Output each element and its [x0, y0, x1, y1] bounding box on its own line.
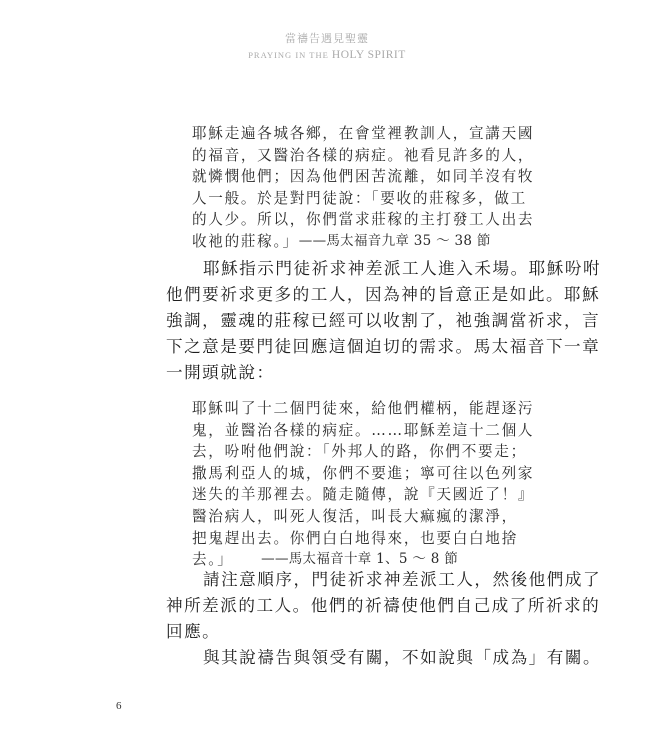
quote-line: 耶穌叫了十二個門徒來，給他們權柄，能趕逐污 — [192, 398, 458, 420]
book-title-english-large: HOLY SPIRIT — [332, 49, 406, 61]
paragraph-line: 神所差派的工人。他們的祈禱使他們自己成了所祈求的 — [166, 593, 498, 619]
paragraph-line: 回應。 — [166, 619, 498, 645]
quote-line: 醫治病人，叫死人復活，叫長大痲瘋的潔淨， — [192, 506, 458, 528]
book-title-chinese: 當禱告遇見聖靈 — [4, 32, 650, 46]
book-title-english-small: PRAYING IN THE — [248, 50, 329, 60]
quote-line: 人一般。於是對門徒說：「要收的莊稼多，做工 — [192, 188, 458, 210]
quote-last-line: 收祂的莊稼。」 ——馬太福音九章 35 ～ 38 節 — [192, 231, 458, 253]
quote-line: 就憐憫他們；因為他們困苦流離，如同羊沒有牧 — [192, 166, 458, 188]
quote-line: 迷失的羊那裡去。隨走隨傳，說『天國近了！』 — [192, 484, 458, 506]
scripture-quote-matthew-9: 耶穌走遍各城各鄉，在會堂裡教訓人，宣講天國 的福音，又醫治各樣的病症。祂看見許多… — [192, 123, 458, 253]
running-header: 當禱告遇見聖靈 PRAYING IN THE HOLY SPIRIT — [0, 32, 650, 62]
body-paragraph-2: 請注意順序，門徒祈求神差派工人，然後他們成了 神所差派的工人。他們的祈禱使他們自… — [166, 567, 498, 645]
paragraph-line: 與其說禱告與領受有關，不如說與「成為」有關。 — [166, 645, 498, 671]
book-title-english: PRAYING IN THE HOLY SPIRIT — [4, 48, 650, 62]
quote-line: 把鬼趕出去。你們白白地得來，也要白白地捨 — [192, 528, 458, 550]
quote-line: 的人少。所以，你們當求莊稼的主打發工人出去 — [192, 209, 458, 231]
quote-line: 耶穌走遍各城各鄉，在會堂裡教訓人，宣講天國 — [192, 123, 458, 145]
paragraph-line: 請注意順序，門徒祈求神差派工人，然後他們成了 — [166, 567, 498, 593]
scripture-citation: ——馬太福音九章 35 ～ 38 節 — [299, 231, 491, 253]
paragraph-line: 耶穌指示門徒祈求神差派工人進入禾場。耶穌吩咐 — [166, 256, 498, 282]
paragraph-line: 下之意是要門徒回應這個迫切的需求。馬太福音下一章 — [166, 334, 498, 360]
body-paragraph-3: 與其說禱告與領受有關，不如說與「成為」有關。 — [166, 645, 498, 671]
paragraph-line: 他們要祈求更多的工人，因為神的旨意正是如此。耶穌 — [166, 282, 498, 308]
quote-line: 的福音，又醫治各樣的病症。祂看見許多的人， — [192, 145, 458, 167]
scripture-quote-matthew-10: 耶穌叫了十二個門徒來，給他們權柄，能趕逐污 鬼，並醫治各樣的病症。……耶穌差這十… — [192, 398, 458, 571]
body-paragraph-1: 耶穌指示門徒祈求神差派工人進入禾場。耶穌吩咐 他們要祈求更多的工人，因為神的旨意… — [166, 256, 498, 386]
quote-line: 鬼，並醫治各樣的病症。……耶穌差這十二個人 — [192, 420, 458, 442]
quote-line: 去，吩咐他們說：「外邦人的路，你們不要走； — [192, 441, 458, 463]
page-number: 6 — [116, 700, 122, 712]
paragraph-line: 強調，靈魂的莊稼已經可以收割了，祂強調當祈求，言 — [166, 308, 498, 334]
paragraph-line: 一開頭就說： — [166, 360, 498, 386]
quote-line: 收祂的莊稼。」 — [192, 231, 299, 253]
quote-line: 撒馬利亞人的城，你們不要進；寧可往以色列家 — [192, 463, 458, 485]
